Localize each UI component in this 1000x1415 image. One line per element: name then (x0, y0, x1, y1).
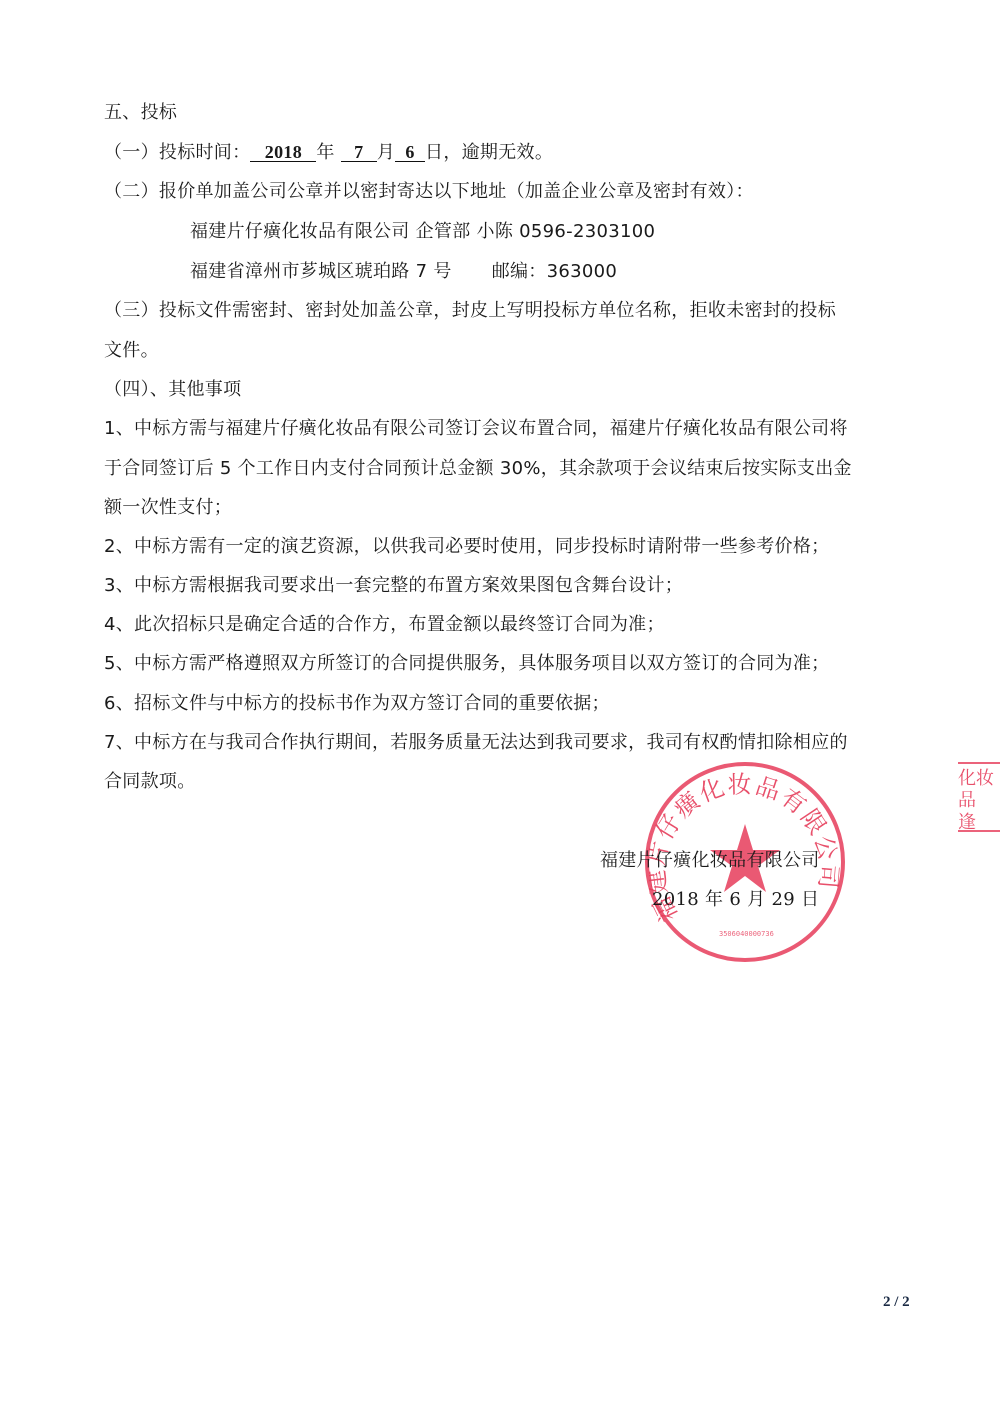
point-7-line-2: 合同款项。 (104, 771, 196, 793)
partial-seal-text-2: 逢 (958, 812, 1000, 832)
point-5: 5、中标方需严格遵照双方所签订的合同提供服务，具体服务项目以双方签订的合同为准； (104, 653, 829, 675)
partial-seal-fragment: 化妆品 逢 (958, 762, 1000, 832)
partial-seal-text-1: 化妆品 (958, 768, 1000, 812)
document-page: 五、投标 （一）投标时间：2018年7月6日，逾期无效。 （二）报价单加盖公司公… (0, 0, 1000, 1415)
point-7-line-1: 7、中标方在与我司合作执行期间，若服务质量无法达到我司要求，我司有权酌情扣除相应… (104, 732, 848, 754)
bid-day: 6 (395, 143, 425, 162)
signature-company: 福建片仔癀化妆品有限公司 (600, 850, 820, 872)
contact-line: 福建片仔癀化妆品有限公司 企管部 小陈 0596-2303100 (190, 221, 655, 243)
point-1-line-2: 于合同签订后 5 个工作日内支付合同预计总金额 30%，其余款项于会议结束后按实… (104, 458, 852, 480)
bid-year: 2018 (250, 143, 316, 162)
point-1-line-1: 1、中标方需与福建片仔癀化妆品有限公司签订会议布置合同，福建片仔癀化妆品有限公司… (104, 418, 848, 440)
sealing-requirement-line1: （三）投标文件需密封、密封处加盖公章，封皮上写明投标方单位名称，拒收未密封的投标 (104, 300, 836, 322)
bid-time-line: （一）投标时间：2018年7月6日，逾期无效。 (104, 142, 553, 164)
point-1-line-3: 额一次性支付； (104, 497, 232, 519)
delivery-instruction: （二）报价单加盖公司公章并以密封寄达以下地址（加盖企业公章及密封有效）： (104, 181, 754, 203)
svg-text:3506040000736: 3506040000736 (719, 930, 774, 938)
page-number: 2 / 2 (883, 1294, 910, 1311)
month-suffix: 月 (377, 142, 395, 163)
point-6: 6、招标文件与中标方的投标书作为双方签订合同的重要依据； (104, 693, 610, 715)
section-heading: 五、投标 (104, 102, 177, 124)
bid-month: 7 (341, 143, 377, 162)
year-suffix: 年 (316, 142, 334, 163)
point-4: 4、此次招标只是确定合适的合作方，布置金额以最终签订合同为准； (104, 614, 665, 636)
address-text: 福建省漳州市芗城区琥珀路 7 号 (190, 261, 452, 282)
point-2: 2、中标方需有一定的演艺资源，以供我司必要时使用，同步投标时请附带一些参考价格； (104, 536, 829, 558)
bid-time-label: （一）投标时间： (104, 142, 250, 163)
signature-date: 2018 年 6 月 29 日 (652, 889, 819, 911)
day-suffix: 日，逾期无效。 (425, 142, 553, 163)
other-matters-heading: （四）、其他事项 (104, 379, 241, 401)
postcode: 邮编：363000 (492, 261, 617, 282)
sealing-requirement-line2: 文件。 (104, 340, 159, 362)
address-line: 福建省漳州市芗城区琥珀路 7 号邮编：363000 (190, 261, 617, 283)
point-3: 3、中标方需根据我司要求出一套完整的布置方案效果图包含舞台设计； (104, 575, 683, 597)
